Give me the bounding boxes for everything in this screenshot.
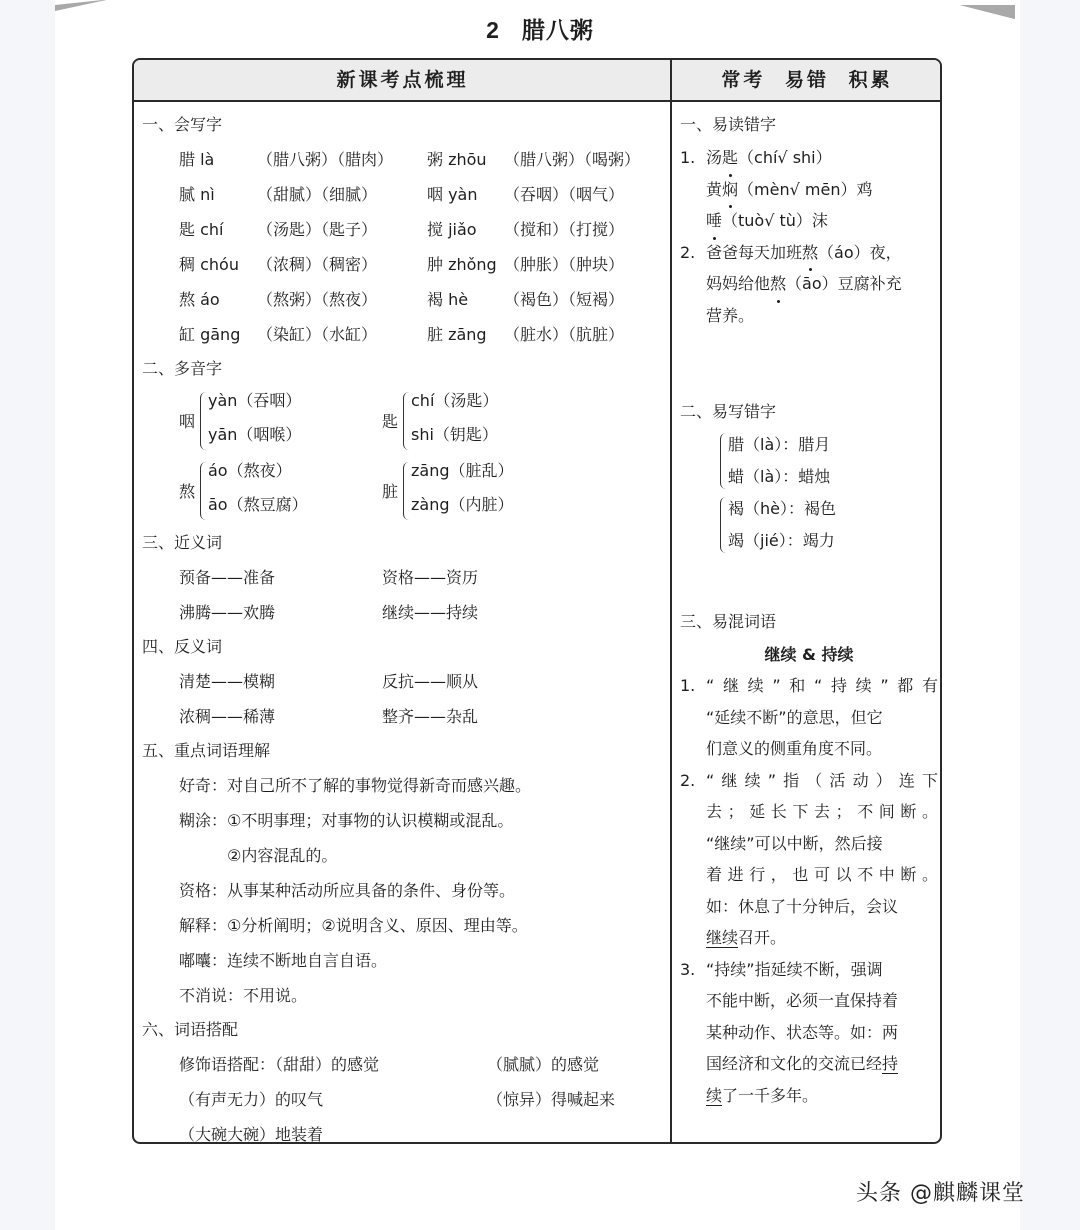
right-column: 一、易读错字 1. 汤匙（chí√ shi） 黄焖（mèn√ mēn）鸡 唾（t… [680, 108, 938, 1111]
char-row: 稠 chóu （浓稠）（稠密） 肿 zhǒng （肿胀）（肿块） [142, 247, 667, 282]
dotted-char: 熬 [770, 268, 786, 300]
char: 脏 zāng [427, 317, 487, 352]
definition: 解释：①分析阐明；②说明含义、原因、理由等。 [142, 908, 667, 943]
section-title: 三、近义词 [142, 526, 667, 560]
comparison-item: 3. “持续”指延续不断，强调 不能中断，必须一直保持着 某种动作、状态等。如：… [680, 954, 938, 1112]
char: 稠 chóu [179, 247, 239, 282]
definition: 好奇：对自己所不了解的事物觉得新奇而感兴趣。 [142, 768, 667, 803]
char: 匙 chí [179, 212, 223, 247]
header-right: 常考 易错 积累 [672, 60, 942, 100]
char: 粥 zhōu [427, 142, 487, 177]
words: （吞咽）（咽气） [504, 177, 624, 212]
misread-item: 1. 汤匙（chí√ shi） 黄焖（mèn√ mēn）鸡 唾（tuò√ tù）… [680, 142, 938, 237]
collocation: 修饰语搭配：（甜甜）的感觉 [179, 1047, 379, 1082]
collocation-row: （有声无力）的叹气 （惊异）得喊起来 [142, 1082, 667, 1117]
text: 召开。 [738, 928, 786, 947]
section-title: 二、易写错字 [680, 395, 938, 429]
text: （tuò√ tù）沫 [722, 211, 828, 230]
text: （āo）豆腐补充 [786, 274, 902, 293]
comparison-item: 2. “继续”指（活动）连下 去；延长下去；不间断。 “继续”可以中断，然后接 … [680, 765, 938, 954]
section-title: 四、反义词 [142, 630, 667, 664]
collocation-row: （大碗大碗）地装着 [142, 1117, 667, 1144]
brace-icon [403, 462, 410, 520]
synonym-row: 预备——准备 资格——资历 [142, 560, 667, 595]
reading: áo（熬夜） [208, 458, 292, 481]
table-header: 新课考点梳理 常考 易错 积累 [134, 60, 940, 102]
antonym-pair: 浓稠——稀薄 [179, 699, 275, 734]
text: （áo）夜， [818, 243, 902, 262]
reading: āo（熬豆腐） [208, 492, 308, 515]
antonym-row: 清楚——模糊 反抗——顺从 [142, 664, 667, 699]
misread-item: 2. 爸爸每天加班熬（áo）夜， 妈妈给他熬（āo）豆腐补充 营养。 [680, 237, 938, 332]
brace-icon [403, 392, 410, 450]
reading: zàng（内脏） [411, 492, 514, 515]
collocation: （有声无力）的叹气 [179, 1082, 323, 1117]
words: （褐色）（短褐） [504, 282, 624, 317]
section-title: 一、会写字 [142, 108, 667, 142]
words: （浓稠）（稠密） [257, 247, 377, 282]
antonym-pair: 整齐——杂乱 [382, 699, 478, 734]
text: （mèn√ mēn）鸡 [738, 180, 872, 199]
text-line: 去；延长下去；不间断。 [706, 796, 938, 828]
watermark: 头条 @麒麟课堂 [856, 1176, 1025, 1207]
text-line: 着进行，也可以不中断。 [706, 859, 938, 891]
definition: 糊涂：①不明事理；对事物的认识模糊或混乱。 [142, 803, 667, 838]
text-line: “继续”和“持续”都有 [706, 670, 938, 702]
antonym-pair: 清楚——模糊 [179, 664, 275, 699]
words: （肿胀）（肿块） [504, 247, 624, 282]
miswrite-line: 腊（là）：腊月 [680, 429, 938, 461]
miswrite-line: 褐（hè）：褐色 [680, 493, 938, 525]
synonym-pair: 预备——准备 [179, 560, 275, 595]
lesson-number: 2 [486, 17, 500, 43]
text: 国经济和文化的交流已经 [706, 1054, 882, 1073]
polyphone-row: 咽 yàn（吞咽） yān（咽喉） 匙 chí（汤匙） shi（钥匙） [142, 386, 667, 456]
text-line: 某种动作、状态等。如：两 [706, 1017, 938, 1049]
text: 营养。 [706, 300, 938, 332]
char: 咽 yàn [427, 177, 478, 212]
text-line: 如：休息了十分钟后，会议 [706, 891, 938, 923]
definition: 不消说：不用说。 [142, 978, 667, 1013]
section-title: 五、重点词语理解 [142, 734, 667, 768]
reading: shi（钥匙） [411, 422, 498, 445]
column-divider [670, 60, 672, 1142]
text: 黄 [706, 180, 722, 199]
dotted-char: 熬 [802, 237, 818, 269]
section-title: 二、多音字 [142, 352, 667, 386]
char-row: 腻 nì （甜腻）（细腻） 咽 yàn （吞咽）（咽气） [142, 177, 667, 212]
words: （腊八粥）（喝粥） [504, 142, 640, 177]
study-table: 新课考点梳理 常考 易错 积累 一、会写字 腊 là （腊八粥）（腊肉） 粥 z… [132, 58, 942, 1144]
polyphone-row: 熬 áo（熬夜） āo（熬豆腐） 脏 zāng（脏乱） zàng（内脏） [142, 456, 667, 526]
section-title: 六、词语搭配 [142, 1013, 667, 1047]
char: 腻 nì [179, 177, 215, 212]
underlined-word: 续 [706, 1086, 722, 1105]
words: （甜腻）（细腻） [257, 177, 377, 212]
char-row: 缸 gāng （染缸）（水缸） 脏 zāng （脏水）（肮脏） [142, 317, 667, 352]
dotted-char: 匙 [722, 142, 738, 174]
comparison-item: 1. “继续”和“持续”都有 “延续不断”的意思，但它 们意义的侧重角度不同。 [680, 670, 938, 765]
collocation-row: 修饰语搭配：（甜甜）的感觉 （腻腻）的感觉 [142, 1047, 667, 1082]
synonym-pair: 资格——资历 [382, 560, 478, 595]
text: 汤 [706, 148, 722, 167]
brace-icon [200, 462, 207, 520]
miswrite-group: 腊（là）：腊月 蜡（là）：蜡烛 [680, 429, 938, 493]
item-number: 1. [680, 142, 695, 174]
text-line: “继续”指（活动）连下 [706, 765, 938, 797]
text-line: 不能中断，必须一直保持着 [706, 985, 938, 1017]
char: 腊 là [179, 142, 214, 177]
char: 肿 zhǒng [427, 247, 497, 282]
synonym-pair: 沸腾——欢腾 [179, 595, 275, 630]
definition: ②内容混乱的。 [142, 838, 667, 873]
section-title: 三、易混词语 [680, 605, 938, 639]
char: 褐 hè [427, 282, 468, 317]
char: 熬 áo [179, 282, 220, 317]
left-column: 一、会写字 腊 là （腊八粥）（腊肉） 粥 zhōu （腊八粥）（喝粥） 腻 … [142, 108, 667, 1144]
words: （染缸）（水缸） [257, 317, 377, 352]
reading: zāng（脏乱） [411, 458, 514, 481]
words: （脏水）（肮脏） [504, 317, 624, 352]
collocation: （惊异）得喊起来 [487, 1082, 615, 1117]
collocation: （大碗大碗）地装着 [179, 1117, 323, 1144]
polyphone-char: 匙 [382, 409, 398, 432]
antonym-row: 浓稠——稀薄 整齐——杂乱 [142, 699, 667, 734]
dotted-char: 唾 [706, 205, 722, 237]
antonym-pair: 反抗——顺从 [382, 664, 478, 699]
char-row: 腊 là （腊八粥）（腊肉） 粥 zhōu （腊八粥）（喝粥） [142, 142, 667, 177]
text-line: “继续”可以中断，然后接 [706, 828, 938, 860]
definition: 嘟囔：连续不断地自言自语。 [142, 943, 667, 978]
lesson-title: 2腊八粥 [0, 12, 1080, 45]
text: 爸爸每天加班 [706, 243, 802, 262]
text: 妈妈给他 [706, 274, 770, 293]
words: （汤匙）（匙子） [257, 212, 377, 247]
item-number: 3. [680, 954, 695, 986]
collocation: （腻腻）的感觉 [487, 1047, 599, 1082]
section-title: 一、易读错字 [680, 108, 938, 142]
definition: 资格：从事某种活动所应具备的条件、身份等。 [142, 873, 667, 908]
underlined-word: 继续 [706, 928, 738, 947]
text-line: “持续”指延续不断，强调 [706, 954, 938, 986]
char-row: 熬 áo （熬粥）（熬夜） 褐 hè （褐色）（短褐） [142, 282, 667, 317]
miswrite-line: 蜡（là）：蜡烛 [680, 461, 938, 493]
char-row: 匙 chí （汤匙）（匙子） 搅 jiǎo （搅和）（打搅） [142, 212, 667, 247]
reading: yàn（吞咽） [208, 388, 301, 411]
reading: chí（汤匙） [411, 388, 498, 411]
dotted-char: 焖 [722, 174, 738, 206]
lesson-name: 腊八粥 [522, 18, 594, 44]
miswrite-group: 褐（hè）：褐色 竭（jié）：竭力 [680, 493, 938, 557]
words: （熬粥）（熬夜） [257, 282, 377, 317]
underlined-word: 持 [882, 1054, 898, 1073]
text: （chí√ shi） [738, 148, 832, 167]
char: 缸 gāng [179, 317, 240, 352]
comparison-subtitle: 继续 & 持续 [680, 639, 938, 670]
synonym-row: 沸腾——欢腾 继续——持续 [142, 595, 667, 630]
item-number: 1. [680, 670, 695, 702]
polyphone-char: 脏 [382, 479, 398, 502]
item-number: 2. [680, 237, 695, 269]
brace-icon [200, 392, 207, 450]
char: 搅 jiǎo [427, 212, 477, 247]
item-number: 2. [680, 765, 695, 797]
reading: yān（咽喉） [208, 422, 301, 445]
words: （搅和）（打搅） [504, 212, 624, 247]
text-line: “延续不断”的意思，但它 [706, 702, 938, 734]
header-left: 新课考点梳理 [134, 60, 671, 100]
text-line: 们意义的侧重角度不同。 [706, 733, 938, 765]
polyphone-char: 熬 [179, 479, 195, 502]
words: （腊八粥）（腊肉） [257, 142, 393, 177]
text: 了一千多年。 [722, 1086, 818, 1105]
synonym-pair: 继续——持续 [382, 595, 478, 630]
miswrite-line: 竭（jié）：竭力 [680, 525, 938, 557]
polyphone-char: 咽 [179, 409, 195, 432]
